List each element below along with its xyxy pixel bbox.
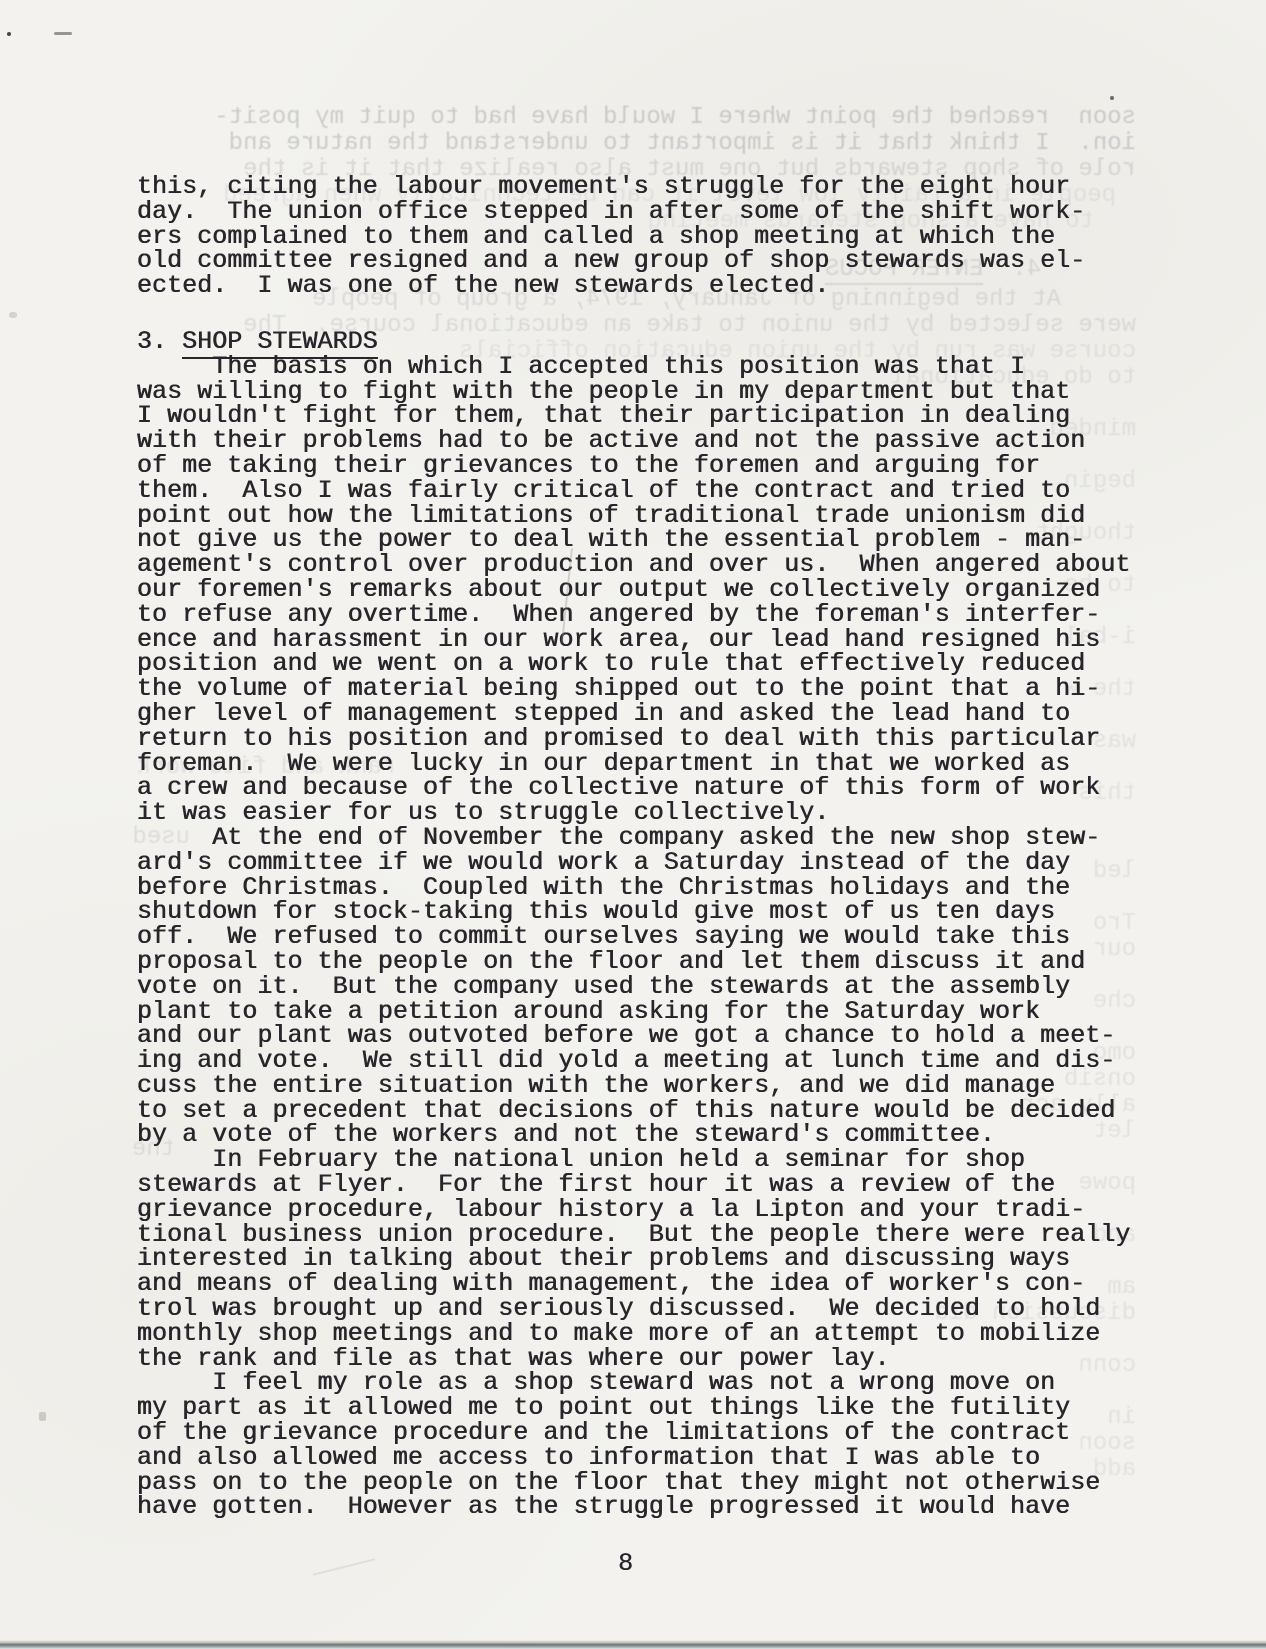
paragraph: I feel my role as a shop steward was not… [137,1371,1237,1520]
text-line: grievance procedure, labour history a la… [137,1198,1237,1223]
scan-speck [7,32,11,36]
text-line: to refuse any overtime. When angered by … [137,603,1237,628]
text-line: day. The union office stepped in after s… [137,200,1237,225]
bleedthrough-line: ion. I think that it is important to und… [229,132,1136,157]
scan-speck [9,312,17,318]
text-line: The basis on which I accepted this posit… [137,355,1237,380]
page-number: 8 [618,1549,633,1578]
text-line: and also allowed me access to informatio… [137,1446,1237,1471]
intro-paragraph: this, citing the labour movement's strug… [137,175,1237,299]
text-line: them. Also I was fairly critical of the … [137,479,1237,504]
text-line: monthly shop meetings and to make more o… [137,1322,1237,1347]
text-line: return to his position and promised to d… [137,727,1237,752]
text-line: vote on it. But the company used the ste… [137,975,1237,1000]
paragraph: The basis on which I accepted this posit… [137,355,1237,826]
document-page: soon reached the point where I would hav… [0,0,1266,1649]
text-line: cuss the entire situation with the worke… [137,1074,1237,1099]
scan-bottom-edge [0,1640,1266,1649]
text-line: have gotten. However as the struggle pro… [137,1495,1237,1520]
text-line: ected. I was one of the new stewards ele… [137,274,1237,299]
paragraph: In February the national union held a se… [137,1148,1237,1371]
scan-crease [313,1558,376,1575]
bleedthrough-line: soon reached the point where I would hav… [214,106,1136,131]
scan-speck [54,32,72,35]
text-line: ard's committee if we would work a Satur… [137,851,1237,876]
body-paragraphs: The basis on which I accepted this posit… [137,355,1237,1520]
scan-speck [1110,96,1114,100]
text-line: proposal to the people on the floor and … [137,950,1237,975]
text-line: At the end of November the company asked… [137,826,1237,851]
text-line: gher level of management stepped in and … [137,702,1237,727]
scan-speck [39,1412,46,1421]
paragraph: At the end of November the company asked… [137,826,1237,1148]
typewritten-text: this, citing the labour movement's strug… [137,175,1237,1520]
